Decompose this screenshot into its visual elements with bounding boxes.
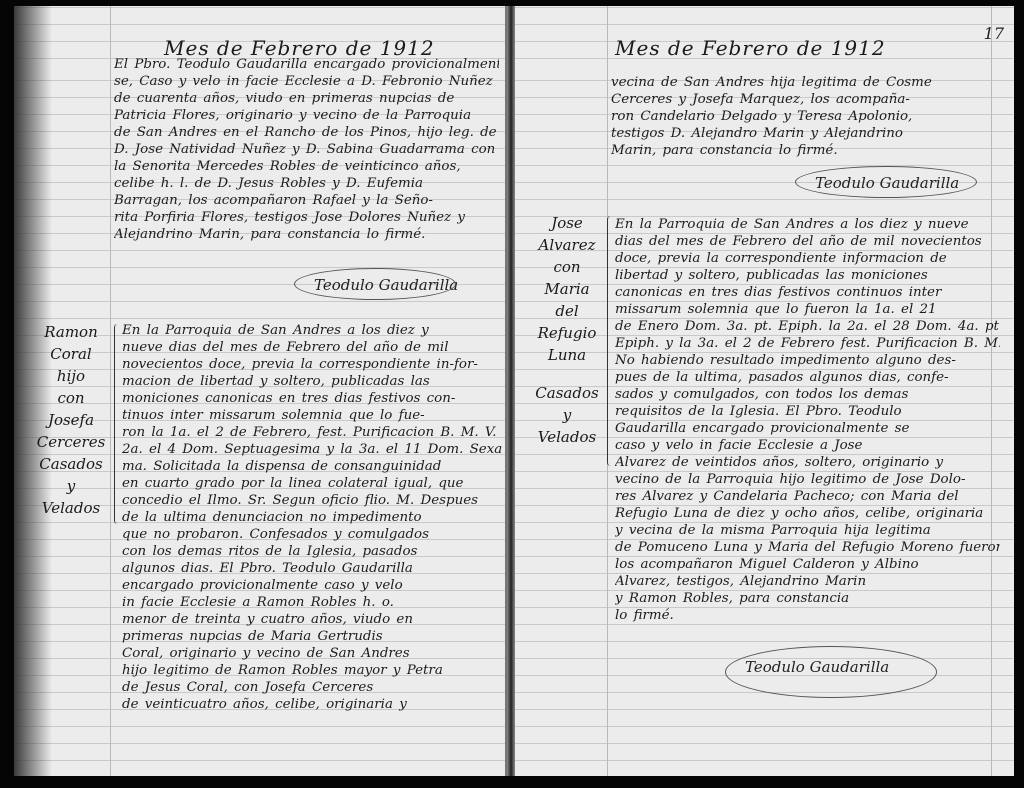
marginal-name: Cerceres — [32, 431, 110, 453]
entry-line: menor de treinta y cuatro años, viudo en — [122, 611, 502, 628]
entry-line: nueve dias del mes de Febrero del año de… — [122, 339, 502, 356]
entry-line: Refugio Luna de diez y ocho años, celibe… — [615, 505, 1000, 522]
entry-line: de Pomuceno Luna y Maria del Refugio Mor… — [615, 539, 1000, 556]
marginal-status: Velados — [32, 497, 110, 519]
entry-line: En la Parroquia de San Andres a los diez… — [122, 322, 502, 339]
marginal-name: Refugio — [529, 322, 605, 344]
entry-line: ma. Solicitada la dispensa de consanguin… — [122, 458, 502, 475]
marginal-status: Casados — [529, 382, 605, 404]
right-page: Mes de Febrero de 1912 17 vecina de San … — [515, 6, 1014, 776]
marginal-status: Velados — [529, 426, 605, 448]
entry-line: No habiendo resultado impedimento alguno… — [615, 352, 1000, 369]
entry-line: lo firmé. — [615, 607, 1000, 624]
left-page: Mes de Febrero de 1912 El Pbro. Teodulo … — [14, 6, 507, 776]
marginal-name: Jose — [529, 212, 605, 234]
entry-line: in facie Ecclesie a Ramon Robles h. o. — [122, 594, 502, 611]
marginal-name: del — [529, 300, 605, 322]
entry-line: Barragan, los acompañaron Rafael y la Se… — [114, 192, 499, 209]
signature-flourish — [795, 166, 977, 198]
marginal-name: Maria — [529, 278, 605, 300]
marginal-name: Ramon — [32, 321, 110, 343]
entry-line: Coral, originario y vecino de San Andres — [122, 645, 502, 662]
entry-line: D. Jose Natividad Nuñez y D. Sabina Guad… — [114, 141, 499, 158]
entry-line: tinuos inter missarum solemnia que lo fu… — [122, 407, 502, 424]
entry-line: 2a. el 4 Dom. Septuagesima y la 3a. el 1… — [122, 441, 502, 458]
entry-line: y Ramon Robles, para constancia — [615, 590, 1000, 607]
marginal-status: y — [32, 475, 110, 497]
entry-line: missarum solemnia que lo fueron la 1a. e… — [615, 301, 1000, 318]
entry-line: En la Parroquia de San Andres a los diez… — [615, 216, 1000, 233]
entry-line: doce, previa la correspondiente informac… — [615, 250, 1000, 267]
entry-line: canonicas en tres dias festivos continuo… — [615, 284, 1000, 301]
signature-flourish — [294, 268, 456, 300]
marginal-name: Coral — [32, 343, 110, 365]
entry-line: con los demas ritos de la Iglesia, pasad… — [122, 543, 502, 560]
open-register-book: Mes de Febrero de 1912 El Pbro. Teodulo … — [14, 6, 1014, 776]
marginal-note: Ramon Coral hijo con Josefa Cerceres Cas… — [32, 321, 110, 519]
marginal-status: y — [529, 404, 605, 426]
entry-line: res Alvarez y Candelaria Pacheco; con Ma… — [615, 488, 1000, 505]
book-gutter — [507, 6, 515, 776]
entry-line: ron Candelario Delgado y Teresa Apolonio… — [611, 108, 996, 125]
entry-line: novecientos doce, previa la correspondie… — [122, 356, 502, 373]
entry-line: la Senorita Mercedes Robles de veinticin… — [114, 158, 499, 175]
entry-line: se, Caso y velo in facie Ecclesie a D. F… — [114, 73, 499, 90]
left-entry-1: El Pbro. Teodulo Gaudarilla encargado pr… — [114, 56, 499, 243]
marginal-note: Jose Alvarez con Maria del Refugio Luna … — [529, 212, 605, 448]
entry-line: ron la 1a. el 2 de Febrero, fest. Purifi… — [122, 424, 502, 441]
marginal-name: con — [32, 387, 110, 409]
margin-rule — [110, 6, 111, 776]
entry-line: y vecina de la misma Parroquia hija legi… — [615, 522, 1000, 539]
entry-line: macion de libertad y soltero, publicadas… — [122, 373, 502, 390]
entry-line: de cuarenta años, viudo en primeras nupc… — [114, 90, 499, 107]
marginal-name: con — [529, 256, 605, 278]
entry-line: concedio el Ilmo. Sr. Segun oficio flio.… — [122, 492, 502, 509]
entry-line: primeras nupcias de Maria Gertrudis — [122, 628, 502, 645]
entry-line: sados y comulgados, con todos los demas — [615, 386, 1000, 403]
entry-line: testigos D. Alejandro Marin y Alejandrin… — [611, 125, 996, 142]
entry-line: algunos dias. El Pbro. Teodulo Gaudarill… — [122, 560, 502, 577]
entry-line: Alvarez de veintidos años, soltero, orig… — [615, 454, 1000, 471]
right-entry-1: vecina de San Andres hija legitima de Co… — [611, 74, 996, 159]
marginal-name: Josefa — [32, 409, 110, 431]
entry-line: vecina de San Andres hija legitima de Co… — [611, 74, 996, 91]
entry-line: pues de la ultima, pasados algunos dias,… — [615, 369, 1000, 386]
entry-line: moniciones canonicas en tres dias festiv… — [122, 390, 502, 407]
entry-line: Alejandrino Marin, para constancia lo fi… — [114, 226, 499, 243]
page-number: 17 — [984, 24, 1004, 43]
marginal-name: Luna — [529, 344, 605, 366]
entry-line: Marin, para constancia lo firmé. — [611, 142, 996, 159]
entry-line: de Enero Dom. 3a. pt. Epiph. la 2a. el 2… — [615, 318, 1000, 335]
entry-line: Epiph. y la 3a. el 2 de Febrero fest. Pu… — [615, 335, 1000, 352]
entry-line: Cerceres y Josefa Marquez, los acompaña- — [611, 91, 996, 108]
entry-line: los acompañaron Miguel Calderon y Albino — [615, 556, 1000, 573]
entry-line: que no probaron. Confesados y comulgados — [122, 526, 502, 543]
entry-line: de Jesus Coral, con Josefa Cerceres — [122, 679, 502, 696]
marginal-status: Casados — [32, 453, 110, 475]
brace — [607, 216, 614, 466]
entry-line: hijo legitimo de Ramon Robles mayor y Pe… — [122, 662, 502, 679]
entry-line: vecino de la Parroquia hijo legitimo de … — [615, 471, 1000, 488]
entry-line: dias del mes de Febrero del año de mil n… — [615, 233, 1000, 250]
right-entry-2: En la Parroquia de San Andres a los diez… — [615, 216, 1000, 624]
entry-line: de la ultima denunciacion no impedimento — [122, 509, 502, 526]
entry-line: de veinticuatro años, celibe, originaria… — [122, 696, 502, 713]
right-page-header: Mes de Febrero de 1912 — [615, 36, 886, 60]
entry-line: de San Andres en el Rancho de los Pinos,… — [114, 124, 499, 141]
entry-line: en cuarto grado por la linea colateral i… — [122, 475, 502, 492]
entry-line: libertad y soltero, publicadas las monic… — [615, 267, 1000, 284]
entry-line: caso y velo in facie Ecclesie a Jose — [615, 437, 1000, 454]
brace — [114, 324, 121, 524]
entry-line: requisitos de la Iglesia. El Pbro. Teodu… — [615, 403, 1000, 420]
entry-line: rita Porfiria Flores, testigos Jose Dolo… — [114, 209, 499, 226]
entry-line: Alvarez, testigos, Alejandrino Marin — [615, 573, 1000, 590]
entry-line: Patricia Flores, originario y vecino de … — [114, 107, 499, 124]
signature-flourish — [725, 646, 937, 698]
entry-line: celibe h. l. de D. Jesus Robles y D. Euf… — [114, 175, 499, 192]
entry-line: El Pbro. Teodulo Gaudarilla encargado pr… — [114, 56, 499, 73]
left-entry-2: En la Parroquia de San Andres a los diez… — [122, 322, 502, 713]
marginal-name: Alvarez — [529, 234, 605, 256]
entry-line: encargado provicionalmente caso y velo — [122, 577, 502, 594]
marginal-name: hijo — [32, 365, 110, 387]
entry-line: Gaudarilla encargado provicionalmente se — [615, 420, 1000, 437]
